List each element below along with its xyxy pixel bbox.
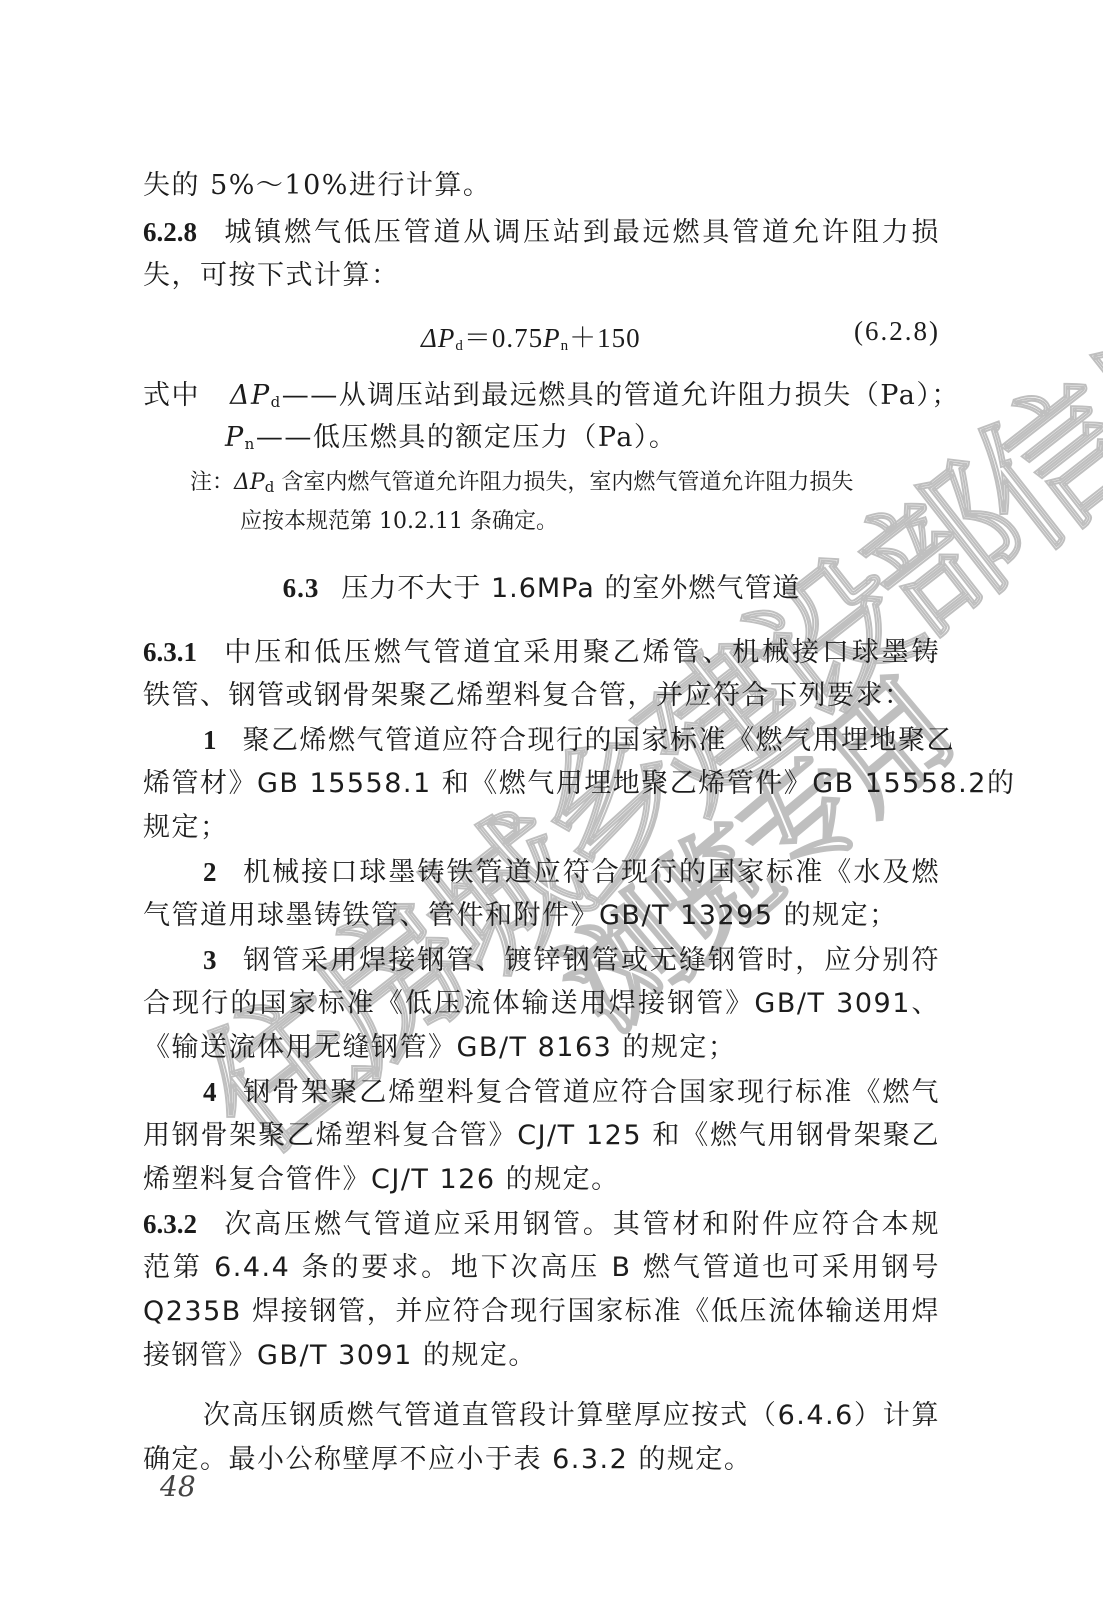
symbol-subscript: d bbox=[271, 393, 282, 411]
symbol-subscript: n bbox=[245, 435, 256, 453]
item-number: 4 bbox=[203, 1077, 217, 1107]
formula-6-2-8: ΔPd＝0.75Pn＋150 (6.2.8) bbox=[143, 316, 940, 356]
formula-coefficient: ＝0.75 bbox=[464, 323, 543, 353]
list-item-4-line-3: 烯塑料复合管件》CJ/T 126 的规定。 bbox=[143, 1158, 940, 1202]
list-item-1-line-2: 烯管材》GB 15558.1 和《燃气用埋地聚乙烯管件》GB 15558.2的 bbox=[143, 762, 940, 806]
definition-text: ——低压燃具的额定压力（Pa）。 bbox=[256, 422, 678, 453]
formula-lhs-subscript: d bbox=[455, 338, 464, 354]
where-definition-2: Pn——低压燃具的额定压力（Pa）。 bbox=[143, 416, 940, 466]
clause-6-3-2-line-4: 接钢管》GB/T 3091 的规定。 bbox=[143, 1334, 940, 1378]
item-number: 1 bbox=[203, 725, 217, 755]
note-symbol: ΔP bbox=[234, 470, 265, 495]
note-lead: 注： bbox=[190, 470, 234, 495]
clause-number: 6.2.8 bbox=[143, 217, 197, 247]
item-number: 3 bbox=[203, 945, 217, 975]
document-page: 住房城乡建设部信息公开 浏览专用 失的 5%～10%进行计算。 6.2.8城镇燃… bbox=[0, 0, 1103, 1598]
equation-number: (6.2.8) bbox=[854, 316, 940, 347]
list-item-3-line-3: 《输送流体用无缝钢管》GB/T 8163 的规定； bbox=[143, 1026, 940, 1070]
item-text: 钢管采用焊接钢管、镀锌钢管或无缝钢管时，应分别符 bbox=[243, 945, 941, 976]
paragraph-wall-thickness-line-2: 确定。最小公称壁厚不应小于表 6.3.2 的规定。 bbox=[143, 1438, 940, 1482]
symbol-delta-pd: ΔP bbox=[230, 380, 271, 411]
list-item-1-line-1: 1聚乙烯燃气管道应符合现行的国家标准《燃气用埋地聚乙 bbox=[143, 718, 940, 763]
clause-number: 6.3.1 bbox=[143, 637, 197, 667]
formula-lhs: ΔP bbox=[421, 323, 455, 353]
list-item-3-line-1: 3钢管采用焊接钢管、镀锌钢管或无缝钢管时，应分别符 bbox=[143, 938, 940, 983]
section-title: 压力不大于 1.6MPa 的室外燃气管道 bbox=[341, 573, 800, 604]
clause-text: 次高压燃气管道应采用钢管。其管材和附件应符合本规 bbox=[223, 1209, 940, 1240]
note-line-2: 应按本规范第 10.2.11 条确定。 bbox=[240, 503, 940, 541]
clause-6-3-2-line-2: 范第 6.4.4 条的要求。地下次高压 B 燃气管道也可采用钢号 bbox=[143, 1246, 940, 1290]
note-text: 含室内燃气管道允许阻力损失，室内燃气管道允许阻力损失 bbox=[274, 470, 853, 495]
clause-6-2-8-line-1: 6.2.8城镇燃气低压管道从调压站到最远燃具管道允许阻力损 bbox=[143, 210, 940, 255]
paragraph-wall-thickness-line-1: 次高压钢质燃气管道直管段计算壁厚应按式（6.4.6）计算 bbox=[143, 1394, 940, 1438]
section-heading-6-3: 6.3压力不大于 1.6MPa 的室外燃气管道 bbox=[143, 566, 940, 611]
note-line-1: 注：ΔPd 含室内燃气管道允许阻力损失，室内燃气管道允许阻力损失 bbox=[190, 464, 940, 506]
item-number: 2 bbox=[203, 857, 217, 887]
clause-number: 6.3.2 bbox=[143, 1209, 197, 1239]
where-lead: 式中 bbox=[143, 380, 200, 411]
definition-text: ——从调压站到最远燃具的管道允许阻力损失（Pa）； bbox=[282, 380, 960, 411]
list-item-2-line-2: 气管道用球墨铸铁管、管件和附件》GB/T 13295 的规定； bbox=[143, 894, 940, 938]
clause-6-3-2-line-3: Q235B 焊接钢管，并应符合现行国家标准《低压流体输送用焊 bbox=[143, 1290, 940, 1334]
item-text: 聚乙烯燃气管道应符合现行的国家标准《燃气用埋地聚乙 bbox=[243, 725, 956, 756]
list-item-2-line-1: 2机械接口球墨铸铁管道应符合现行的国家标准《水及燃 bbox=[143, 850, 940, 895]
list-item-3-line-2: 合现行的国家标准《低压流体输送用焊接钢管》GB/T 3091、 bbox=[143, 982, 940, 1026]
clause-6-2-8-line-2: 失，可按下式计算： bbox=[143, 254, 940, 298]
list-item-4-line-1: 4钢骨架聚乙烯塑料复合管道应符合国家现行标准《燃气 bbox=[143, 1070, 940, 1115]
clause-6-3-1-line-2: 铁管、钢管或钢骨架聚乙烯塑料复合管，并应符合下列要求： bbox=[143, 674, 940, 718]
formula-constant: ＋150 bbox=[569, 323, 641, 353]
formula-variable-subscript: n bbox=[561, 338, 570, 354]
clause-text: 城镇燃气低压管道从调压站到最远燃具管道允许阻力损 bbox=[223, 217, 940, 248]
item-text: 钢骨架聚乙烯塑料复合管道应符合国家现行标准《燃气 bbox=[243, 1077, 941, 1108]
section-number: 6.3 bbox=[283, 573, 320, 603]
note-symbol-subscript: d bbox=[265, 478, 275, 496]
clause-text: 中压和低压燃气管道宜采用聚乙烯管、机械接口球墨铸 bbox=[223, 637, 940, 668]
list-item-1-line-3: 规定； bbox=[143, 806, 940, 850]
formula-variable: P bbox=[543, 323, 561, 353]
list-item-4-line-2: 用钢骨架聚乙烯塑料复合管》CJ/T 125 和《燃气用钢骨架聚乙 bbox=[143, 1114, 940, 1158]
continuation-text: 失的 5%～10%进行计算。 bbox=[143, 164, 940, 208]
item-text: 机械接口球墨铸铁管道应符合现行的国家标准《水及燃 bbox=[243, 857, 941, 888]
formula-expression: ΔPd＝0.75Pn＋150 bbox=[421, 316, 641, 355]
clause-6-3-1-line-1: 6.3.1中压和低压燃气管道宜采用聚乙烯管、机械接口球墨铸 bbox=[143, 630, 940, 675]
symbol-pn: P bbox=[225, 422, 245, 453]
page-number: 48 bbox=[160, 1470, 196, 1503]
clause-6-3-2-line-1: 6.3.2次高压燃气管道应采用钢管。其管材和附件应符合本规 bbox=[143, 1202, 940, 1247]
